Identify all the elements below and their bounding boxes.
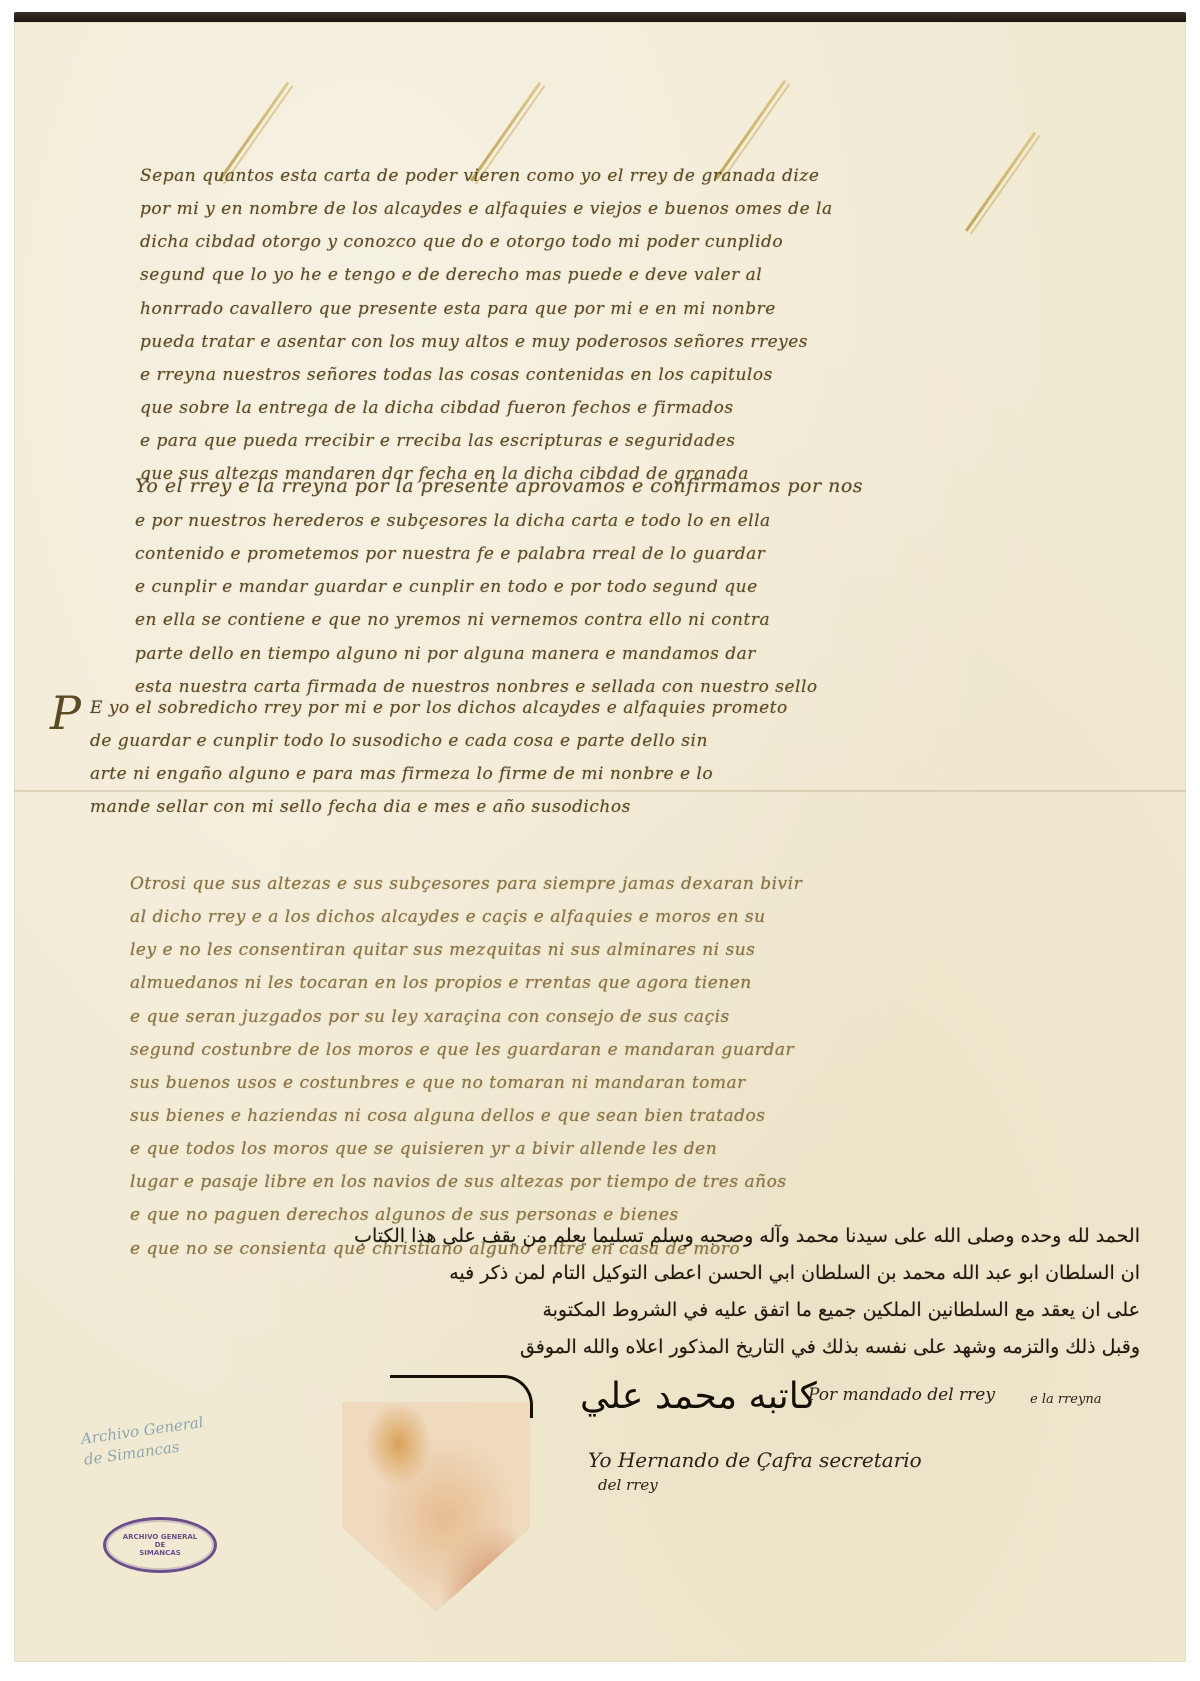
stamp-line-3: SIMANCAS bbox=[139, 1549, 180, 1557]
secretary-signature: Yo Hernando de Çafra secretario del rrey bbox=[588, 1448, 922, 1494]
arabic-line: وقبل ذلك والتزمه وشهد على نفسه بذلك في ا… bbox=[60, 1329, 1140, 1366]
text-line: segund que lo yo he e tengo e de derecho… bbox=[140, 259, 1000, 292]
secretary-line-1: Yo Hernando de Çafra secretario bbox=[588, 1448, 922, 1472]
text-line: Otrosi que sus altezas e sus subçesores … bbox=[130, 868, 1140, 901]
text-line: contenido e prometemos por nuestra fe e … bbox=[135, 538, 1055, 571]
text-line: e rreyna nuestros señores todas las cosa… bbox=[140, 359, 1000, 392]
arabic-line: الحمد لله وحده وصلى الله على سيدنا محمد … bbox=[60, 1218, 1140, 1255]
text-line: dicha cibdad otorgo y conozco que do e o… bbox=[140, 226, 1000, 259]
stamp-line-1: ARCHIVO GENERAL bbox=[123, 1533, 198, 1541]
text-line: por mi y en nombre de los alcaydes e alf… bbox=[140, 193, 1000, 226]
text-line: e que seran juzgados por su ley xaraçina… bbox=[130, 1001, 1140, 1034]
castilian-section-1: Sepan quantos esta carta de poder vieren… bbox=[140, 160, 1000, 491]
secretary-line-2: del rrey bbox=[598, 1476, 922, 1494]
text-line: almuedanos ni les tocaran en los propios… bbox=[130, 967, 1140, 1000]
text-line: e por nuestros herederos e subçesores la… bbox=[135, 505, 1055, 538]
text-line: E yo el sobredicho rrey por mi e por los… bbox=[90, 692, 1140, 725]
text-line: parte dello en tiempo alguno ni por algu… bbox=[135, 638, 1055, 671]
text-line: pueda tratar e asentar con los muy altos… bbox=[140, 326, 1000, 359]
arabic-line: على ان يعقد مع السلطانين الملكين جميع ما… bbox=[60, 1292, 1140, 1329]
text-line: honrrado cavallero que presente esta par… bbox=[140, 293, 1000, 326]
text-line: e que todos los moros que se quisieren y… bbox=[130, 1133, 1140, 1166]
castilian-section-4: Otrosi que sus altezas e sus subçesores … bbox=[130, 868, 1140, 1266]
text-line: mande sellar con mi sello fecha dia e me… bbox=[90, 791, 1140, 824]
castilian-section-2: Yo el rrey e la rreyna por la presente a… bbox=[135, 468, 1055, 704]
text-line: Sepan quantos esta carta de poder vieren… bbox=[140, 160, 1000, 193]
royal-order-note: Por mandado del rrey bbox=[808, 1385, 995, 1405]
text-line: sus bienes e haziendas ni cosa alguna de… bbox=[130, 1100, 1140, 1133]
text-line: segund costunbre de los moros e que les … bbox=[130, 1034, 1140, 1067]
text-line: ley e no les consentiran quitar sus mezq… bbox=[130, 934, 1140, 967]
text-line: arte ni engaño alguno e para mas firmeza… bbox=[90, 758, 1140, 791]
text-line: e cunplir e mandar guardar e cunplir en … bbox=[135, 571, 1055, 604]
text-line: e para que pueda rrecibir e rreciba las … bbox=[140, 425, 1000, 458]
stamp-line-2: DE bbox=[155, 1541, 166, 1549]
arabic-signature: كاتبه محمد علي bbox=[580, 1376, 817, 1417]
castilian-section-3: E yo el sobredicho rrey por mi e por los… bbox=[90, 692, 1140, 825]
arabic-line: ان السلطان ابو عبد الله محمد بن السلطان … bbox=[60, 1255, 1140, 1292]
text-line: sus buenos usos e costunbres e que no to… bbox=[130, 1067, 1140, 1100]
text-line: al dicho rrey e a los dichos alcaydes e … bbox=[130, 901, 1140, 934]
archive-stamp: ARCHIVO GENERAL DE SIMANCAS bbox=[103, 1517, 217, 1573]
text-line: lugar e pasaje libre en los navios de su… bbox=[130, 1166, 1140, 1199]
margin-paragraph-mark: P bbox=[50, 686, 81, 740]
royal-order-note-2: e la rreyna bbox=[1030, 1392, 1101, 1407]
text-line: que sobre la entrega de la dicha cibdad … bbox=[140, 392, 1000, 425]
text-line: de guardar e cunplir todo lo susodicho e… bbox=[90, 725, 1140, 758]
arabic-section: الحمد لله وحده وصلى الله على سيدنا محمد … bbox=[60, 1218, 1140, 1366]
royal-order-line-1: Por mandado del rrey bbox=[808, 1385, 995, 1405]
text-line: Yo el rrey e la rreyna por la presente a… bbox=[135, 468, 1055, 505]
text-line: en ella se contiene e que no yremos ni v… bbox=[135, 604, 1055, 637]
